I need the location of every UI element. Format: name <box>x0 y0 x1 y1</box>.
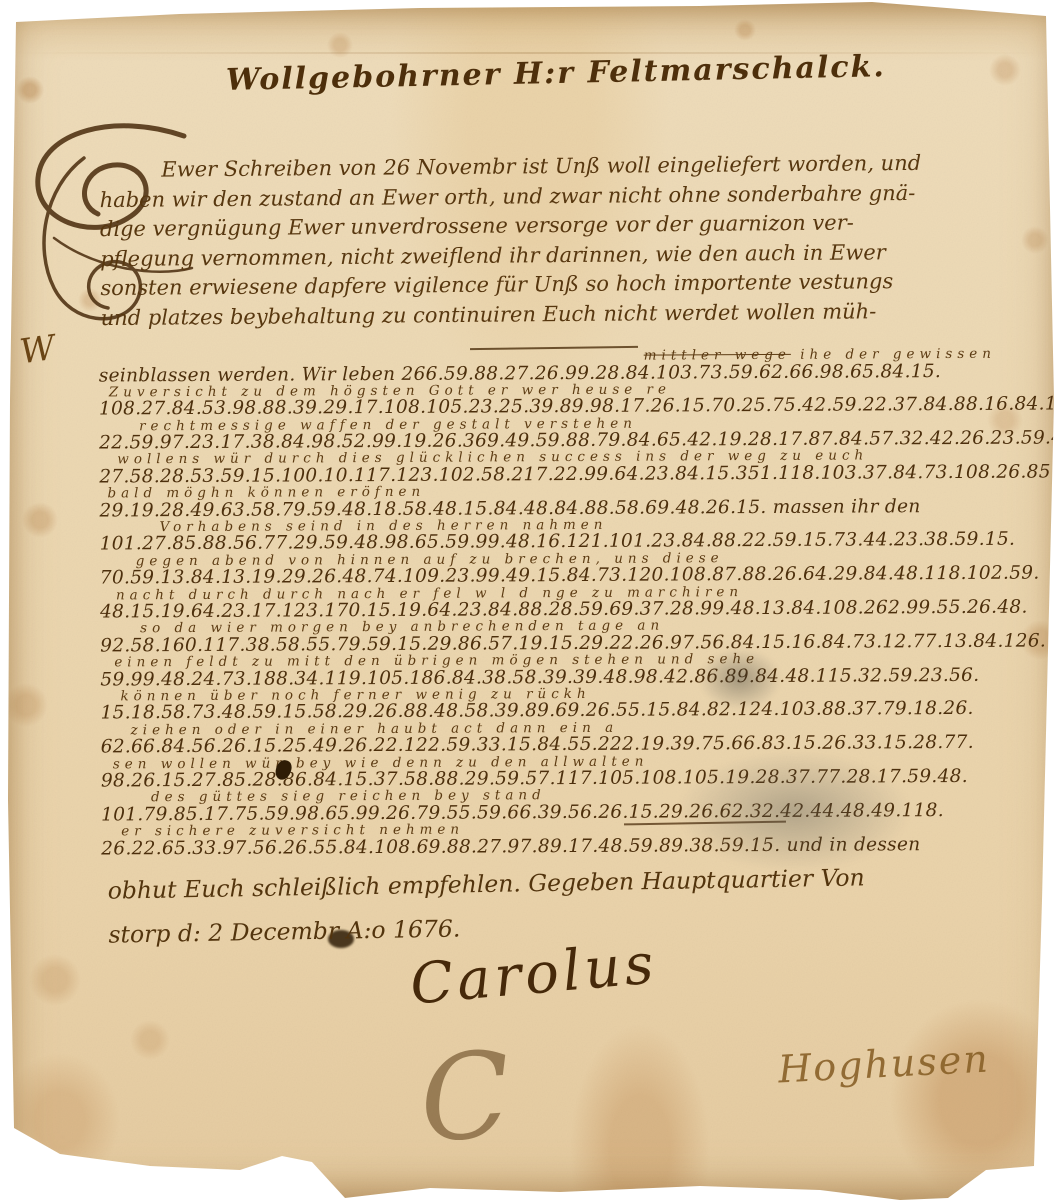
cipher-line: mittler wege ihe der gewissen seinblasse… <box>99 348 1044 387</box>
margin-annotation: W <box>17 328 57 372</box>
letter-body: Ewer Schreiben von 26 Novembr ist Unß wo… <box>99 148 1041 333</box>
fold-crease <box>10 52 1050 54</box>
ink-smudge <box>698 648 782 710</box>
cipher-line: gegen abend von hinnen auf zu brechen, u… <box>100 550 1045 589</box>
cipher-line: ziehen oder in einer haubt act dann ein … <box>101 719 1046 758</box>
cipher-section: mittler wege ihe der gewissen seinblasse… <box>99 348 1047 860</box>
cipher-line: rechtmessige waffen der gestalt verstehe… <box>99 415 1044 454</box>
cipher-line: nacht durch durch nach er fel w l d nge … <box>100 584 1045 623</box>
closing-block: obhut Euch schleißlich empfehlen. Gegebe… <box>107 855 866 956</box>
cipher-gloss: ihe der gewissen <box>800 346 996 363</box>
letter-heading: Wollgebohrner H:r Feltmarschalck. <box>226 49 886 98</box>
cipher-line: einen feldt zu mitt den übrigen mögen st… <box>100 652 1045 691</box>
counter-signature: Hoghusen <box>777 1036 991 1091</box>
cipher-line: so da wier morgen bey anbrechenden tage … <box>100 618 1045 657</box>
cipher-numbers: 26.22.65.33.97.56.26.55.84.108.69.88.27.… <box>101 834 1046 859</box>
cipher-line: Zuversicht zu dem högsten Gott er wer he… <box>99 381 1044 420</box>
cipher-line: bald möghn können eröfnen 29.19.28.49.63… <box>99 483 1044 522</box>
cipher-line: Vorhabens seind in des herren nahmen 101… <box>100 517 1045 556</box>
pen-flourish: C <box>415 1025 515 1169</box>
cipher-line: wollens wür durch dies glücklichen succe… <box>99 449 1044 488</box>
cipher-line: sen wollen wür bey wie denn zu den allwa… <box>101 753 1046 792</box>
ink-smudge <box>676 750 912 872</box>
cipher-line: können über noch ferner wenig zu rückh 1… <box>100 685 1045 724</box>
letter-paper: Wollgebohrner H:r Feltmarschalck. W Ewer… <box>0 0 1060 1200</box>
